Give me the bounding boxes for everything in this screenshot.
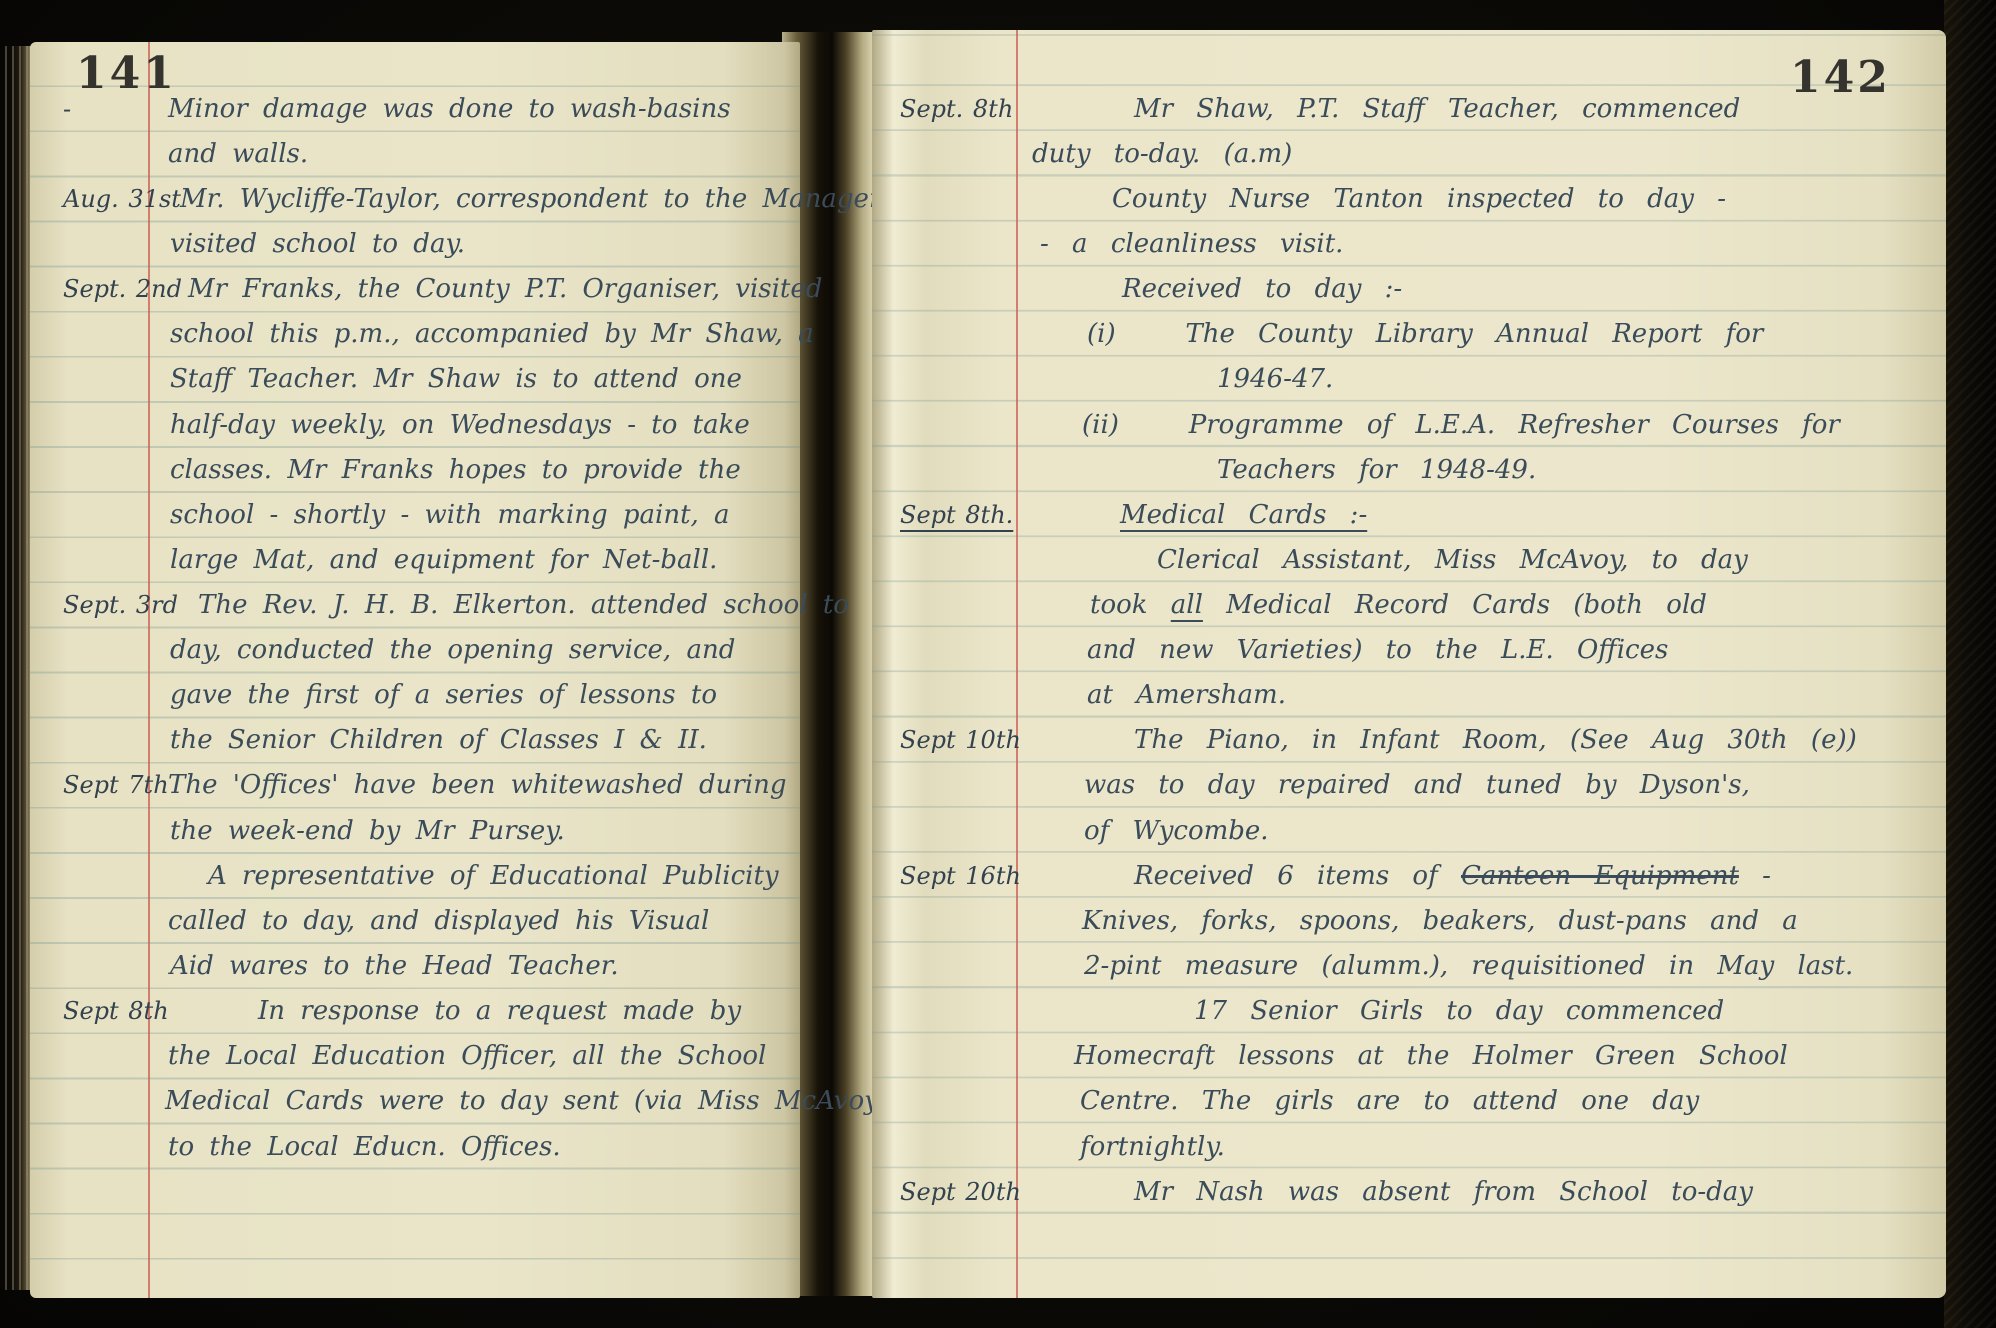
entry-text: 2-pint measure (alumm.), requisitioned i…	[1084, 943, 1853, 989]
log-line: Sept 8th In response to a request made b…	[30, 988, 800, 1034]
entry-date: Sept 20th	[900, 1169, 1021, 1215]
entry-text: - a cleanliness visit.	[1040, 221, 1343, 267]
entry-text: the Senior Children of Classes I & II.	[170, 717, 707, 763]
book-cover-edge-right	[1944, 0, 1996, 1328]
entry-text: large Mat, and equipment for Net-ball.	[170, 537, 717, 583]
log-line: fortnightly.	[872, 1124, 1946, 1170]
entry-date: Sept 10th	[900, 717, 1021, 763]
log-line: Homecraft lessons at the Holmer Green Sc…	[872, 1033, 1946, 1079]
log-line: Sept 20th Mr Nash was absent from School…	[872, 1169, 1946, 1215]
entry-text-post: Medical Record Cards (both old	[1203, 590, 1707, 620]
log-line: 2-pint measure (alumm.), requisitioned i…	[872, 943, 1946, 989]
log-line: duty to-day. (a.m)	[872, 131, 1946, 177]
right-page: 142 Sept. 8th Mr Shaw, P.T. Staff Teache…	[872, 30, 1946, 1298]
log-line: Staff Teacher. Mr Shaw is to attend one	[30, 356, 800, 402]
entry-text: fortnightly.	[1080, 1124, 1225, 1170]
entry-date: -	[63, 86, 71, 132]
log-line: took all Medical Record Cards (both old	[872, 582, 1946, 628]
log-line: Sept. 3rd The Rev. J. H. B. Elkerton. at…	[30, 582, 800, 628]
entry-text: the week-end by Mr Pursey.	[170, 808, 565, 854]
entry-text: 17 Senior Girls to day commenced	[1194, 988, 1724, 1034]
entry-text: and new Varieties) to the L.E. Offices	[1087, 627, 1668, 673]
entry-text: to the Local Educn. Offices.	[168, 1124, 561, 1170]
entry-text-pre: Received 6 items of	[1134, 861, 1461, 891]
entry-text: Minor damage was done to wash-basins	[168, 86, 731, 132]
log-line: Sept. 2nd Mr Franks, the County P.T. Org…	[30, 266, 800, 312]
entry-text: Medical Cards were to day sent (via Miss…	[165, 1078, 889, 1124]
log-line: the week-end by Mr Pursey.	[30, 808, 800, 854]
entry-text: Mr Shaw, P.T. Staff Teacher, commenced	[1134, 86, 1740, 132]
log-line: Clerical Assistant, Miss McAvoy, to day	[872, 537, 1946, 583]
entry-text: Centre. The girls are to attend one day	[1080, 1078, 1699, 1124]
log-line: classes. Mr Franks hopes to provide the	[30, 447, 800, 493]
entry-date: Sept 8th.	[900, 492, 1013, 538]
log-line: County Nurse Tanton inspected to day -	[872, 176, 1946, 222]
log-line: to the Local Educn. Offices.	[30, 1124, 800, 1170]
log-line: Knives, forks, spoons, beakers, dust-pan…	[872, 898, 1946, 944]
log-line: (i) The County Library Annual Report for	[872, 311, 1946, 357]
entry-text-pre: took	[1090, 590, 1171, 620]
entry-text: Homecraft lessons at the Holmer Green Sc…	[1074, 1033, 1788, 1079]
log-book-spread: 141 - Minor damage was done to wash-basi…	[0, 0, 1996, 1328]
log-line: Sept. 8th Mr Shaw, P.T. Staff Teacher, c…	[872, 86, 1946, 132]
log-line: - Minor damage was done to wash-basins	[30, 86, 800, 132]
entry-date: Sept 16th	[900, 853, 1021, 899]
log-line: Received to day :-	[872, 266, 1946, 312]
log-line: Centre. The girls are to attend one day	[872, 1078, 1946, 1124]
entry-text: and walls.	[168, 131, 308, 177]
entry-text: A representative of Educational Publicit…	[208, 853, 779, 899]
entry-text: (i) The County Library Annual Report for	[1087, 311, 1763, 357]
entry-text: Received 6 items of Canteen Equipment -	[1134, 853, 1771, 899]
entry-text: called to day, and displayed his Visual	[168, 898, 709, 944]
entry-text: Received to day :-	[1122, 266, 1402, 312]
entry-text-struck-words: Canteen Equipment	[1461, 861, 1739, 891]
entry-text: was to day repaired and tuned by Dyson's…	[1084, 762, 1750, 808]
entry-text: County Nurse Tanton inspected to day -	[1112, 176, 1726, 222]
entry-text: took all Medical Record Cards (both old	[1090, 582, 1707, 628]
log-line: the Senior Children of Classes I & II.	[30, 717, 800, 763]
log-line: 1946-47.	[872, 356, 1946, 402]
log-line: Teachers for 1948-49.	[872, 447, 1946, 493]
entry-text: visited school to day.	[170, 221, 465, 267]
entry-text: Knives, forks, spoons, beakers, dust-pan…	[1082, 898, 1798, 944]
log-line: visited school to day.	[30, 221, 800, 267]
entry-text: In response to a request made by	[258, 988, 741, 1034]
log-line: and new Varieties) to the L.E. Offices	[872, 627, 1946, 673]
entry-text: school this p.m., accompanied by Mr Shaw…	[170, 311, 814, 357]
log-line: day, conducted the opening service, and	[30, 627, 800, 673]
entry-text: Aid wares to the Head Teacher.	[170, 943, 619, 989]
log-line: Sept 7th The 'Offices' have been whitewa…	[30, 762, 800, 808]
log-line: Sept 8th. Medical Cards :-	[872, 492, 1946, 538]
log-line: school this p.m., accompanied by Mr Shaw…	[30, 311, 800, 357]
log-line: Sept 10th The Piano, in Infant Room, (Se…	[872, 717, 1946, 763]
log-line: school - shortly - with marking paint, a	[30, 492, 800, 538]
log-line: gave the first of a series of lessons to	[30, 672, 800, 718]
entry-text-post: -	[1739, 861, 1771, 891]
entry-text: Clerical Assistant, Miss McAvoy, to day	[1157, 537, 1748, 583]
entry-text: Medical Cards :-	[1120, 492, 1367, 538]
log-line: the Local Education Officer, all the Sch…	[30, 1033, 800, 1079]
entry-text: duty to-day. (a.m)	[1032, 131, 1292, 177]
log-line: Aid wares to the Head Teacher.	[30, 943, 800, 989]
log-line: Sept 16th Received 6 items of Canteen Eq…	[872, 853, 1946, 899]
entry-text: Staff Teacher. Mr Shaw is to attend one	[170, 356, 742, 402]
entry-text: school - shortly - with marking paint, a	[170, 492, 730, 538]
page-stack-edge-left	[0, 46, 32, 1290]
log-line: - a cleanliness visit.	[872, 221, 1946, 267]
entry-date: Sept 8th	[63, 988, 169, 1034]
entry-text-underlined-word: all	[1171, 590, 1203, 620]
entry-text: Teachers for 1948-49.	[1217, 447, 1536, 493]
entry-date: Sept. 3rd	[63, 582, 178, 628]
entry-text: the Local Education Officer, all the Sch…	[168, 1033, 766, 1079]
log-line: half-day weekly, on Wednesdays - to take	[30, 402, 800, 448]
entry-text: (ii) Programme of L.E.A. Refresher Cours…	[1082, 402, 1840, 448]
entry-text: gave the first of a series of lessons to	[170, 672, 717, 718]
left-page: 141 - Minor damage was done to wash-basi…	[30, 42, 800, 1298]
entry-text: The 'Offices' have been whitewashed duri…	[168, 762, 786, 808]
entry-text: The Rev. J. H. B. Elkerton. attended sch…	[198, 582, 849, 628]
log-line: of Wycombe.	[872, 808, 1946, 854]
entry-date: Aug. 31st	[63, 176, 181, 222]
entry-text: Mr Nash was absent from School to-day	[1134, 1169, 1753, 1215]
entry-date: Sept. 8th	[900, 86, 1013, 132]
log-line: called to day, and displayed his Visual	[30, 898, 800, 944]
entry-text: at Amersham.	[1087, 672, 1286, 718]
entry-text: 1946-47.	[1217, 356, 1333, 402]
log-line: A representative of Educational Publicit…	[30, 853, 800, 899]
log-line: and walls.	[30, 131, 800, 177]
entry-text: The Piano, in Infant Room, (See Aug 30th…	[1134, 717, 1857, 763]
log-line: large Mat, and equipment for Net-ball.	[30, 537, 800, 583]
entry-date: Sept 7th	[63, 762, 169, 808]
entry-text: Mr. Wycliffe-Taylor, correspondent to th…	[180, 176, 895, 222]
log-line: at Amersham.	[872, 672, 1946, 718]
entry-text: classes. Mr Franks hopes to provide the	[170, 447, 741, 493]
log-line: (ii) Programme of L.E.A. Refresher Cours…	[872, 402, 1946, 448]
entry-date: Sept. 2nd	[63, 266, 182, 312]
entry-text: day, conducted the opening service, and	[170, 627, 735, 673]
log-line: 17 Senior Girls to day commenced	[872, 988, 1946, 1034]
log-line: was to day repaired and tuned by Dyson's…	[872, 762, 1946, 808]
entry-text: Mr Franks, the County P.T. Organiser, vi…	[188, 266, 822, 312]
entry-text: half-day weekly, on Wednesdays - to take	[170, 402, 750, 448]
entry-text: of Wycombe.	[1084, 808, 1269, 854]
log-line: Medical Cards were to day sent (via Miss…	[30, 1078, 800, 1124]
log-line: Aug. 31st Mr. Wycliffe-Taylor, correspon…	[30, 176, 800, 222]
